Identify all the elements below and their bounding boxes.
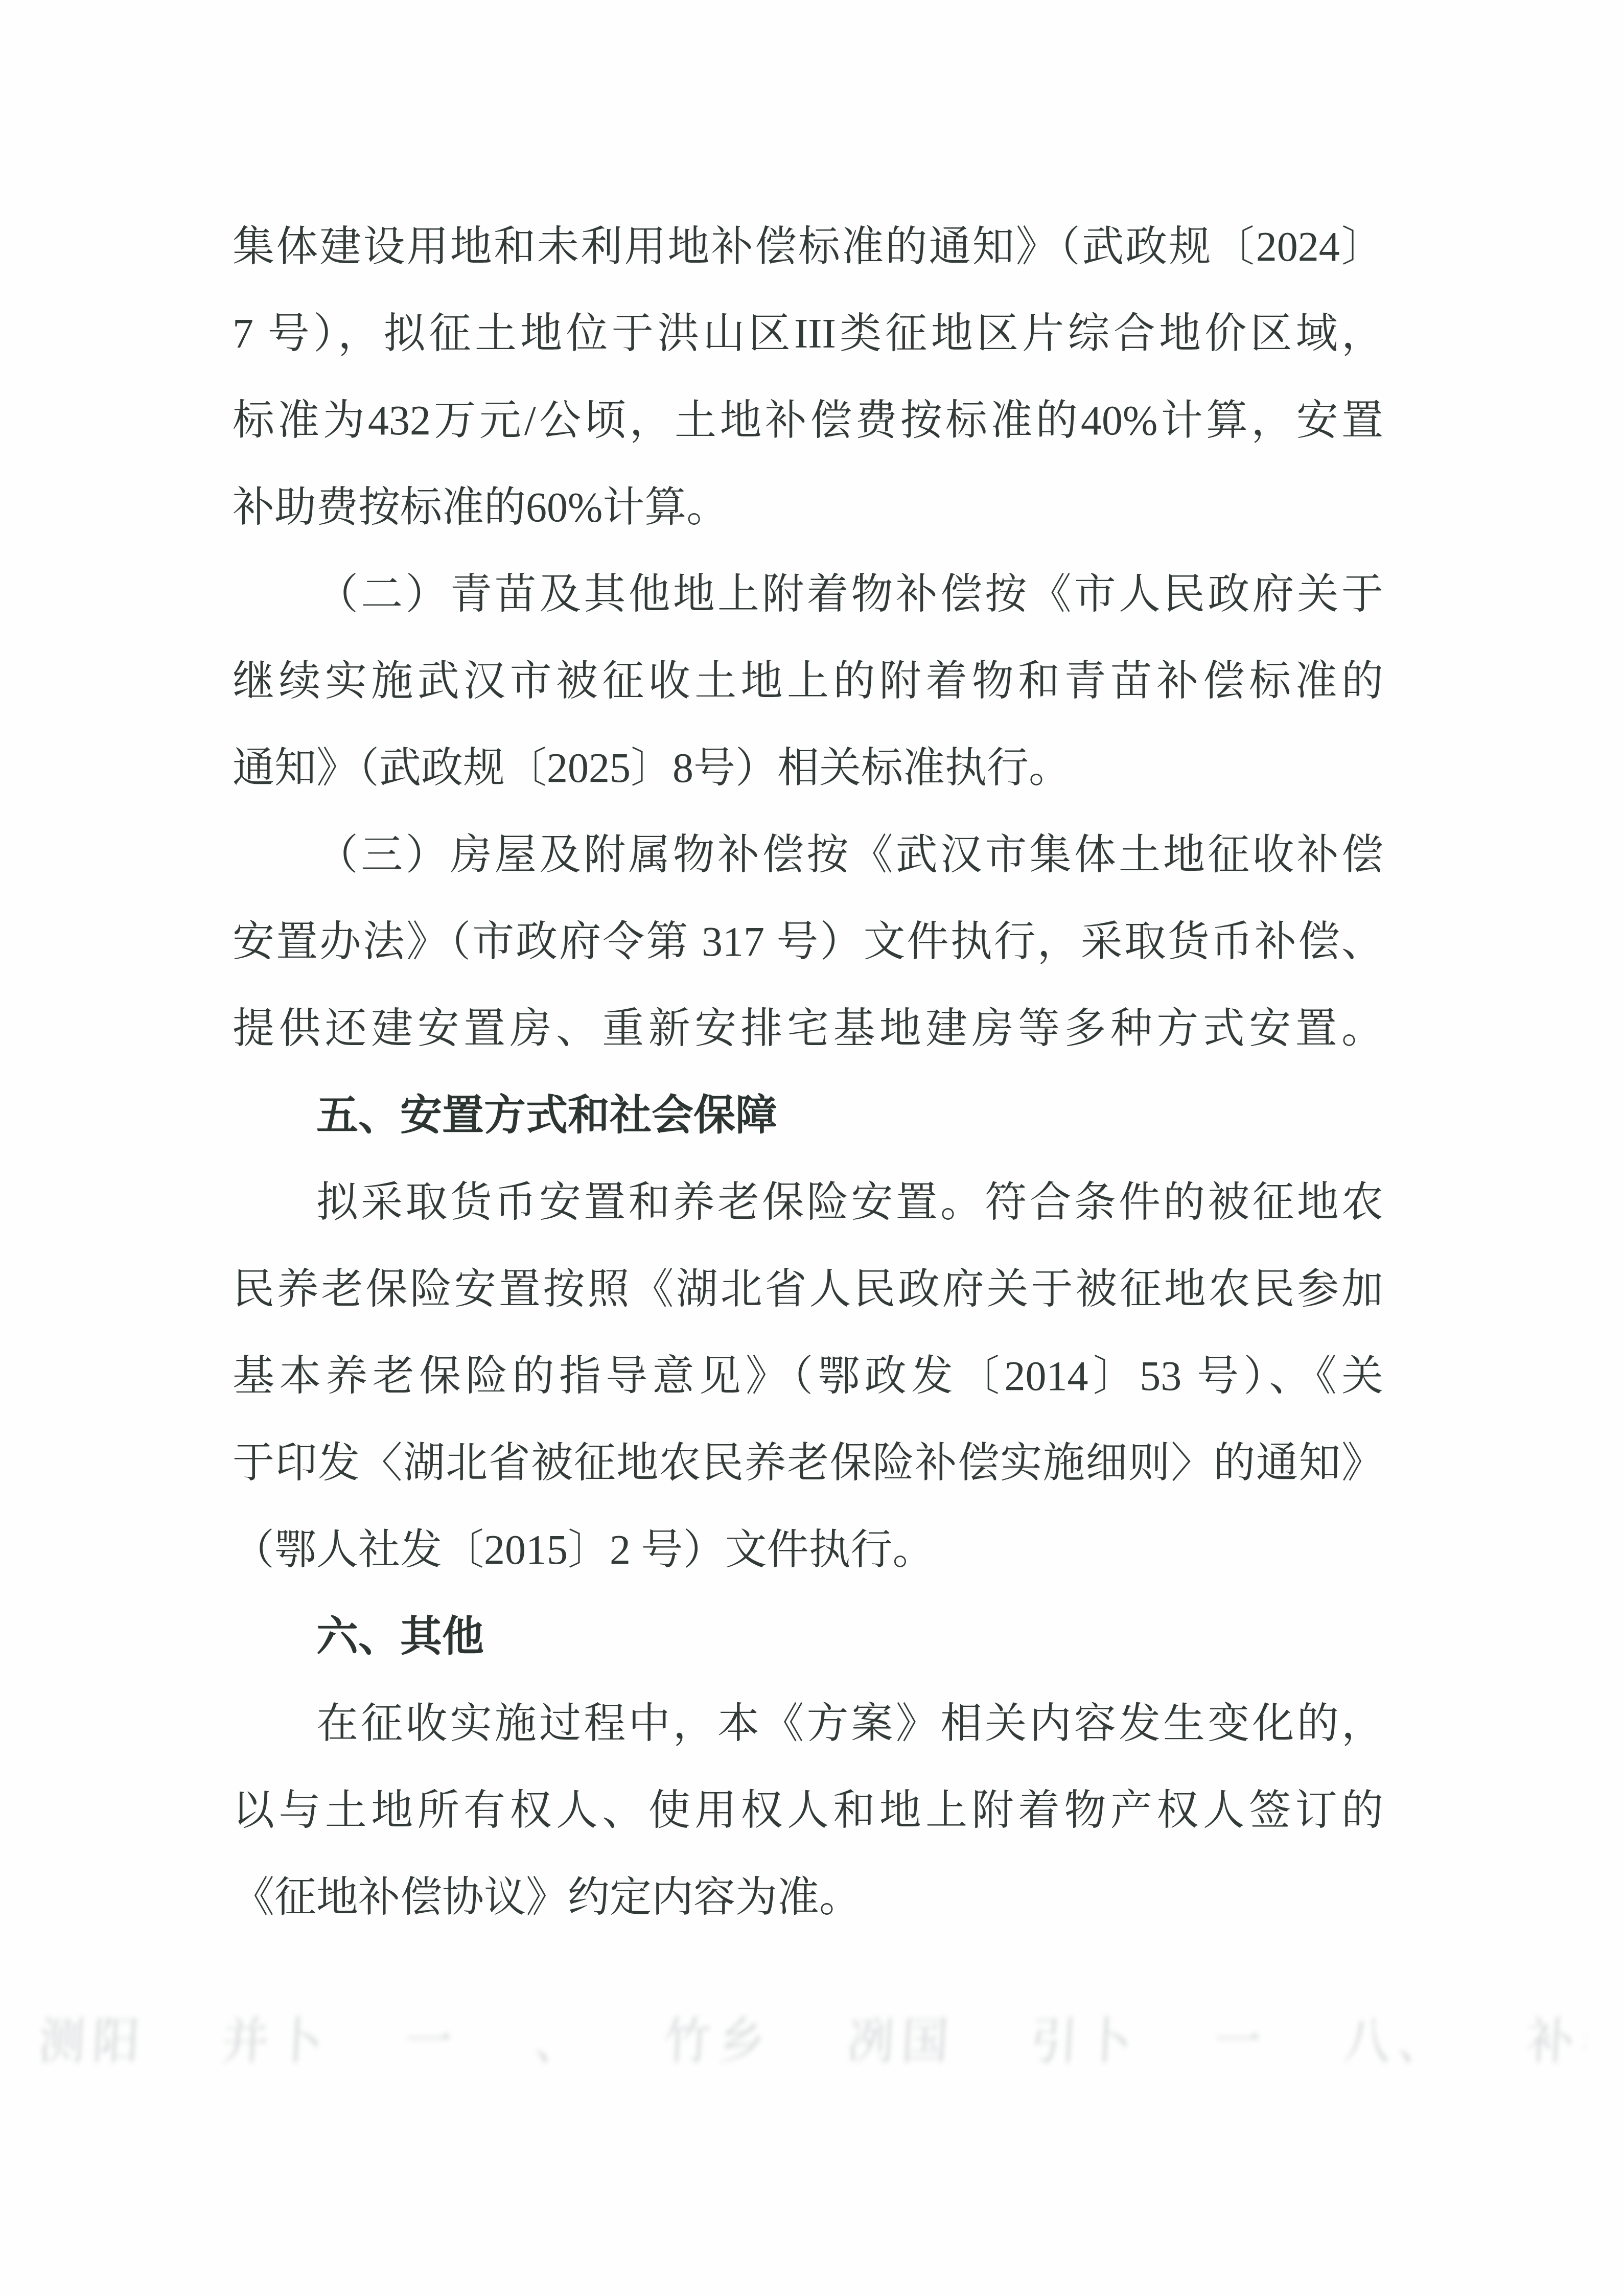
ink-bleed-artifact: 测阳 并卜 一 、 竹乡 冽国 引卜 一 八、 补冬 户	[36, 2007, 1588, 2077]
text-line: 于印发〈湖北省被征地农民养老保险补偿实施细则〉的通知》	[233, 1420, 1383, 1506]
text-line: （鄂人社发〔2015〕2 号）文件执行。	[233, 1506, 1383, 1593]
text-line: 继续实施武汉市被征收土地上的附着物和青苗补偿标准的	[233, 638, 1383, 725]
text-line: 民养老保险安置按照《湖北省人民政府关于被征地农民参加	[233, 1246, 1383, 1333]
document-text-block: 集体建设用地和未利用地补偿标准的通知》（武政规〔2024〕7 号），拟征土地位于…	[233, 203, 1383, 1941]
text-line: 基本养老保险的指导意见》（鄂政发〔2014〕53 号）、《关	[233, 1333, 1383, 1420]
text-line: 7 号），拟征土地位于洪山区III类征地区片综合地价区域，	[233, 290, 1383, 377]
text-line: （二）青苗及其他地上附着物补偿按《市人民政府关于	[233, 551, 1383, 638]
text-line: 以与土地所有权人、使用权人和地上附着物产权人签订的	[233, 1767, 1383, 1854]
text-line: （三）房屋及附属物补偿按《武汉市集体土地征收补偿	[233, 811, 1383, 898]
section-heading: 六、其他	[233, 1593, 1383, 1680]
text-line: 拟采取货币安置和养老保险安置。符合条件的被征地农	[233, 1159, 1383, 1246]
text-line: 安置办法》（市政府令第 317 号）文件执行，采取货币补偿、	[233, 898, 1383, 985]
text-line: 标准为432万元/公顷，土地补偿费按标准的40%计算，安置	[233, 377, 1383, 464]
text-line: 通知》（武政规〔2025〕8号）相关标准执行。	[233, 725, 1383, 811]
text-line: 集体建设用地和未利用地补偿标准的通知》（武政规〔2024〕	[233, 203, 1383, 290]
text-line: 提供还建安置房、重新安排宅基地建房等多种方式安置。	[233, 985, 1383, 1072]
scanned-document-page: 集体建设用地和未利用地补偿标准的通知》（武政规〔2024〕7 号），拟征土地位于…	[0, 0, 1623, 2296]
text-line: 在征收实施过程中，本《方案》相关内容发生变化的，	[233, 1680, 1383, 1767]
text-line: 补助费按标准的60%计算。	[233, 464, 1383, 551]
text-line: 《征地补偿协议》约定内容为准。	[233, 1854, 1383, 1941]
section-heading: 五、安置方式和社会保障	[233, 1072, 1383, 1159]
